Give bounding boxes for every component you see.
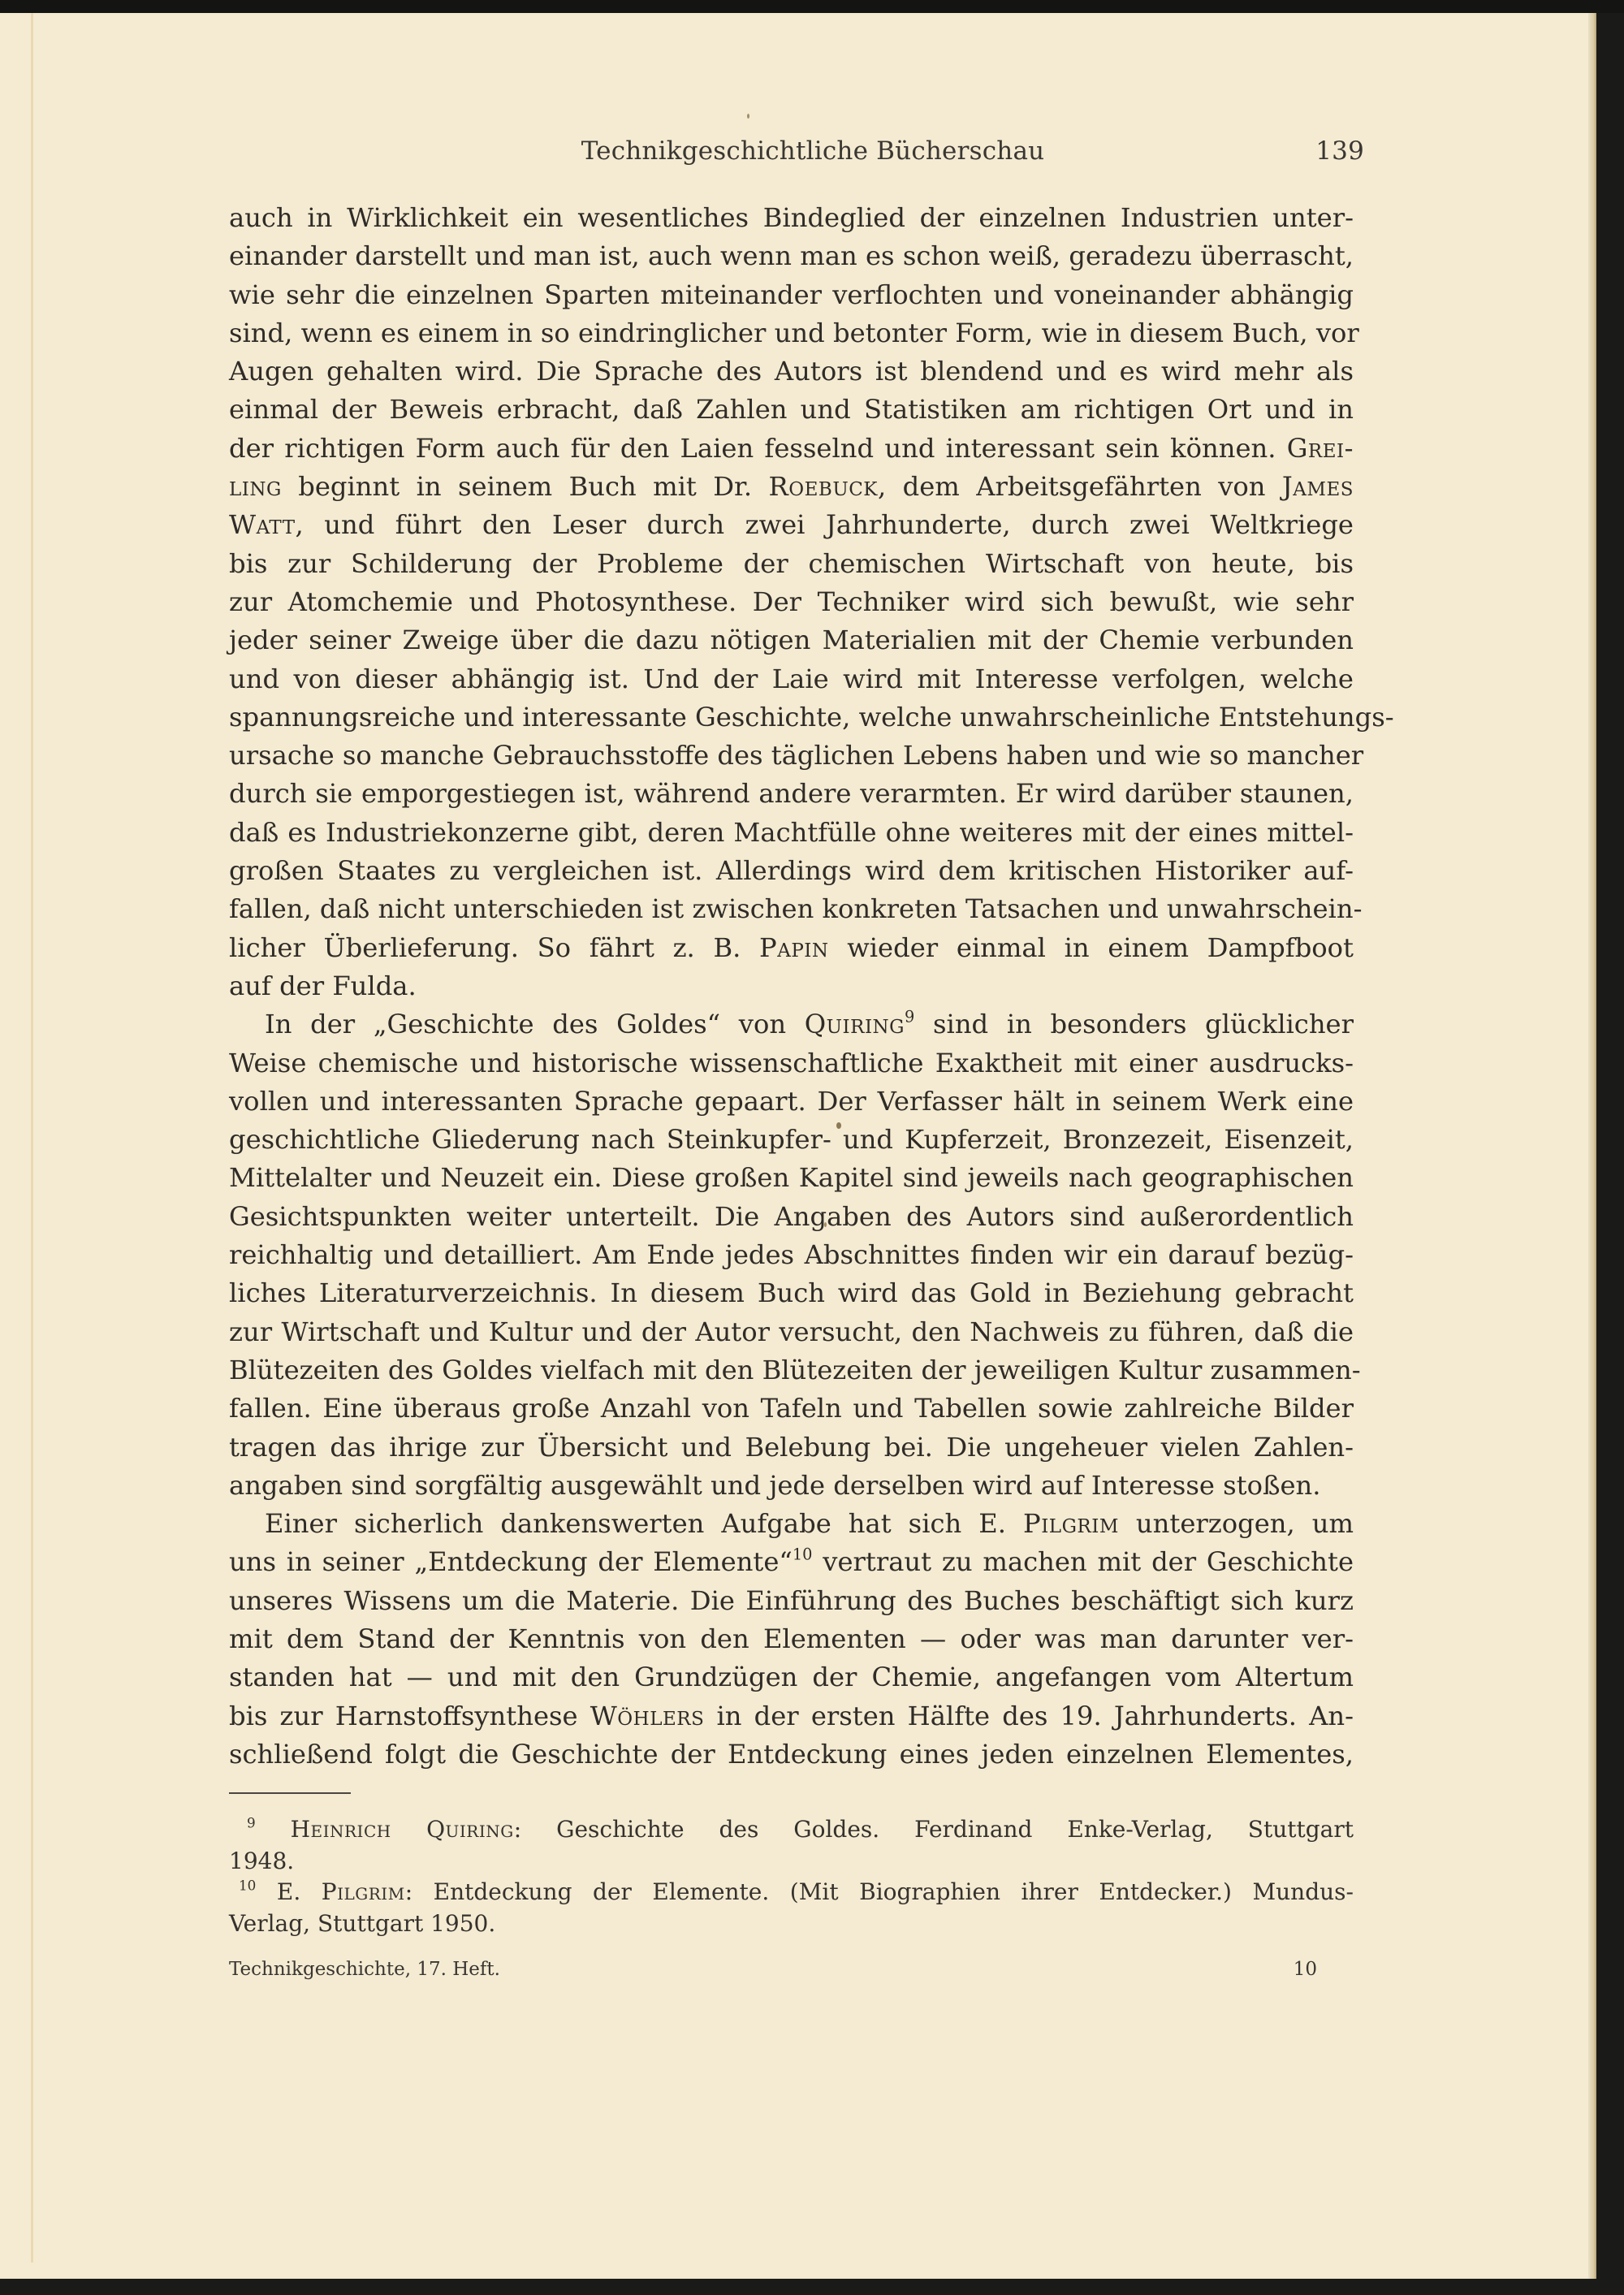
body-line: auf der Fulda.	[229, 967, 1354, 1005]
body-line: unseres Wissens um die Materie. Die Einf…	[229, 1582, 1354, 1620]
text-run: fallen. Eine überaus große Anzahl von Ta…	[229, 1393, 1354, 1424]
body-line: großen Staates zu vergleichen ist. Aller…	[229, 852, 1354, 890]
body-line: jeder seiner Zweige über die dazu nötige…	[229, 621, 1354, 659]
scan-speck	[836, 1122, 841, 1129]
text-run	[256, 1816, 291, 1843]
text-run: 1948.	[229, 1848, 294, 1874]
page-number: 139	[1315, 136, 1364, 166]
author-name: Papin	[759, 932, 828, 963]
text-run: Einer sicherlich dankenswerten Aufgabe h…	[265, 1508, 1023, 1539]
body-line: einmal der Beweis erbracht, daß Zahlen u…	[229, 391, 1354, 429]
text-run: angaben sind sorgfältig ausgewählt und j…	[229, 1470, 1320, 1501]
body-line: bis zur Schilderung der Probleme der che…	[229, 545, 1354, 583]
text-run: unseres Wissens um die Materie. Die Einf…	[229, 1585, 1354, 1616]
text-run: wieder einmal in einem Dampfboot	[829, 932, 1354, 963]
author-name: Pilgrim	[1023, 1508, 1119, 1539]
body-line: angaben sind sorgfältig ausgewählt und j…	[229, 1467, 1354, 1505]
text-run: zur Atomchemie und Photosynthese. Der Te…	[229, 586, 1354, 617]
body-line: zur Wirtschaft und Kultur und der Autor …	[229, 1313, 1354, 1351]
body-line: sind, wenn es einem in so eindringlicher…	[229, 314, 1354, 352]
footnote-marker: 10	[239, 1877, 256, 1893]
footnote-marker: 9	[905, 1008, 914, 1026]
body-line: auch in Wirklichkeit ein wesentliches Bi…	[229, 199, 1354, 237]
body-line: liches Literaturverzeichnis. In diesem B…	[229, 1274, 1354, 1312]
text-run: licher Überlieferung. So fährt z. B.	[229, 932, 759, 963]
scan-speck	[824, 1222, 827, 1227]
author-name: Heinrich Quiring	[291, 1816, 514, 1843]
text-run: zur Wirtschaft und Kultur und der Autor …	[229, 1316, 1354, 1347]
scan-background-top	[0, 0, 1624, 13]
body-line: uns in seiner „Entdeckung der Elemente“1…	[229, 1543, 1354, 1581]
text-run: Blütezeiten des Goldes vielfach mit den …	[229, 1355, 1361, 1385]
body-line: licher Überlieferung. So fährt z. B. Pap…	[229, 929, 1354, 967]
text-run: sind in besonders glücklicher	[914, 1009, 1354, 1039]
text-run: auf der Fulda.	[229, 970, 417, 1001]
text-run: sind, wenn es einem in so eindringlicher…	[229, 318, 1359, 348]
author-name: Pilgrim	[322, 1878, 405, 1905]
text-run: tragen das ihrige zur Übersicht und Bele…	[229, 1432, 1354, 1463]
body-line: fallen, daß nicht unterschieden ist zwis…	[229, 890, 1354, 928]
body-line: zur Atomchemie und Photosynthese. Der Te…	[229, 583, 1354, 621]
body-line: wie sehr die einzelnen Sparten miteinand…	[229, 276, 1354, 314]
text-run: , und führt den Leser durch zwei Jahrhun…	[296, 509, 1354, 540]
footnote: 10 E. Pilgrim: Entdeckung der Elemente. …	[229, 1877, 1354, 1939]
body-line: ling beginnt in seinem Buch mit Dr. Roeb…	[229, 468, 1354, 506]
text-run: Weise chemische und historische wissensc…	[229, 1048, 1354, 1078]
text-run: beginnt in seinem Buch mit Dr.	[282, 471, 769, 502]
body-line: Blütezeiten des Goldes vielfach mit den …	[229, 1351, 1354, 1390]
body-line: Augen gehalten wird. Die Sprache des Aut…	[229, 352, 1354, 391]
body-line: Weise chemische und historische wissensc…	[229, 1044, 1354, 1083]
text-run: vertraut zu machen mit der Geschichte	[812, 1546, 1354, 1577]
text-run: ursache so manche Gebrauchsstoffe des tä…	[229, 740, 1363, 771]
text-run: der richtigen Form auch für den Laien fe…	[229, 433, 1287, 464]
text-run: Gesichtspunkten weiter unterteilt. Die A…	[229, 1201, 1354, 1232]
scan-background-bottom	[0, 2279, 1624, 2295]
body-line: standen hat — und mit den Grundzügen der…	[229, 1658, 1354, 1696]
body-line: In der „Geschichte des Goldes“ von Quiri…	[229, 1005, 1354, 1044]
text-run: geschichtliche Gliederung nach Steinkupf…	[229, 1124, 1354, 1155]
text-run: jeder seiner Zweige über die dazu nötige…	[229, 625, 1354, 655]
body-line: mit dem Stand der Kenntnis von den Eleme…	[229, 1620, 1354, 1658]
footer-signature: 10	[1294, 1959, 1317, 1980]
author-name: Wöhlers	[590, 1701, 705, 1731]
body-line: einander darstellt und man ist, auch wen…	[229, 237, 1354, 275]
text-run: auch in Wirklichkeit ein wesentliches Bi…	[229, 202, 1354, 233]
text-run: vollen und interessanten Sprache gepaart…	[229, 1086, 1354, 1117]
text-run: bis zur Schilderung der Probleme der che…	[229, 548, 1354, 579]
author-name: ling	[229, 471, 282, 502]
page-fold-line	[31, 13, 33, 2263]
text-run: , dem Arbeitsgefährten von	[878, 471, 1282, 502]
text-run: fallen, daß nicht unterschieden ist zwis…	[229, 893, 1362, 924]
scan-speck	[747, 114, 749, 119]
text-run: spannungsreiche und interessante Geschic…	[229, 702, 1394, 733]
body-line: Gesichtspunkten weiter unterteilt. Die A…	[229, 1198, 1354, 1236]
body-text: auch in Wirklichkeit ein wesentliches Bi…	[229, 199, 1354, 1774]
body-line: spannungsreiche und interessante Geschic…	[229, 698, 1354, 737]
footnote-line: 9 Heinrich Quiring: Geschichte des Golde…	[229, 1814, 1354, 1846]
text-run: : Geschichte des Goldes. Ferdinand Enke-…	[514, 1816, 1354, 1843]
author-name: Watt	[229, 509, 296, 540]
text-run: E.	[256, 1878, 321, 1905]
body-line: Mittelalter und Neuzeit ein. Diese große…	[229, 1159, 1354, 1197]
body-line: bis zur Harnstoffsynthese Wöhlers in der…	[229, 1697, 1354, 1735]
footer-journal: Technikgeschichte, 17. Heft.	[229, 1959, 500, 1980]
page-edge	[1588, 13, 1596, 2279]
text-run: einander darstellt und man ist, auch wen…	[229, 240, 1354, 271]
author-name: Quiring	[805, 1009, 905, 1039]
text-run: in der ersten Hälfte des 19. Jahrhundert…	[704, 1701, 1354, 1731]
footnote-marker: 9	[247, 1814, 256, 1830]
footnote-line: 10 E. Pilgrim: Entdeckung der Elemente. …	[229, 1877, 1354, 1908]
body-line: Watt, und führt den Leser durch zwei Jah…	[229, 506, 1354, 544]
text-run: durch sie emporgestiegen ist, während an…	[229, 778, 1354, 809]
text-run: reichhaltig und detailliert. Am Ende jed…	[229, 1239, 1354, 1270]
footnote-line: 1948.	[229, 1846, 1354, 1878]
text-run: einmal der Beweis erbracht, daß Zahlen u…	[229, 394, 1354, 425]
text-run: standen hat — und mit den Grundzügen der…	[229, 1662, 1354, 1692]
author-name: Roebuck	[769, 471, 878, 502]
footnotes: 9 Heinrich Quiring: Geschichte des Golde…	[229, 1814, 1354, 1939]
footnote: 9 Heinrich Quiring: Geschichte des Golde…	[229, 1814, 1354, 1877]
body-line: und von dieser abhängig ist. Und der Lai…	[229, 660, 1354, 698]
body-line: schließend folgt die Geschichte der Entd…	[229, 1735, 1354, 1774]
text-run: und von dieser abhängig ist. Und der Lai…	[229, 663, 1354, 694]
text-run: wie sehr die einzelnen Sparten miteinand…	[229, 279, 1354, 310]
text-run: In der „Geschichte des Goldes“ von	[265, 1009, 805, 1039]
text-run: mit dem Stand der Kenntnis von den Eleme…	[229, 1623, 1354, 1654]
footnote-rule	[229, 1792, 351, 1794]
body-line: geschichtliche Gliederung nach Steinkupf…	[229, 1121, 1354, 1159]
text-run: unterzogen, um	[1119, 1508, 1354, 1539]
text-run: liches Literaturverzeichnis. In diesem B…	[229, 1277, 1354, 1308]
text-run: großen Staates zu vergleichen ist. Aller…	[229, 855, 1354, 886]
text-run: Verlag, Stuttgart 1950.	[229, 1910, 495, 1937]
body-line: tragen das ihrige zur Übersicht und Bele…	[229, 1428, 1354, 1467]
body-line: reichhaltig und detailliert. Am Ende jed…	[229, 1236, 1354, 1274]
body-line: fallen. Eine überaus große Anzahl von Ta…	[229, 1390, 1354, 1428]
running-head-title: Technikgeschichtliche Bücherschau	[229, 136, 1364, 166]
text-run: Augen gehalten wird. Die Sprache des Aut…	[229, 356, 1354, 387]
body-line: der richtigen Form auch für den Laien fe…	[229, 430, 1354, 468]
body-line: daß es Industriekonzerne gibt, deren Mac…	[229, 814, 1354, 852]
running-head: Technikgeschichtliche Bücherschau 139	[229, 136, 1364, 179]
footnote-marker: 10	[793, 1545, 813, 1564]
author-name: James	[1282, 471, 1354, 502]
text-run: daß es Industriekonzerne gibt, deren Mac…	[229, 817, 1354, 848]
body-line: Einer sicherlich dankenswerten Aufgabe h…	[229, 1505, 1354, 1543]
footnote-line: Verlag, Stuttgart 1950.	[229, 1908, 1354, 1940]
text-run: : Entdeckung der Elemente. (Mit Biograph…	[405, 1878, 1354, 1905]
body-line: ursache so manche Gebrauchsstoffe des tä…	[229, 737, 1354, 775]
body-line: durch sie emporgestiegen ist, während an…	[229, 775, 1354, 813]
author-name: Grei-	[1287, 433, 1354, 464]
text-run: Mittelalter und Neuzeit ein. Diese große…	[229, 1162, 1354, 1193]
text-run: schließend folgt die Geschichte der Entd…	[229, 1739, 1354, 1770]
body-line: vollen und interessanten Sprache gepaart…	[229, 1083, 1354, 1121]
text-run: bis zur Harnstoffsynthese	[229, 1701, 590, 1731]
text-run: uns in seiner „Entdeckung der Elemente“	[229, 1546, 793, 1577]
